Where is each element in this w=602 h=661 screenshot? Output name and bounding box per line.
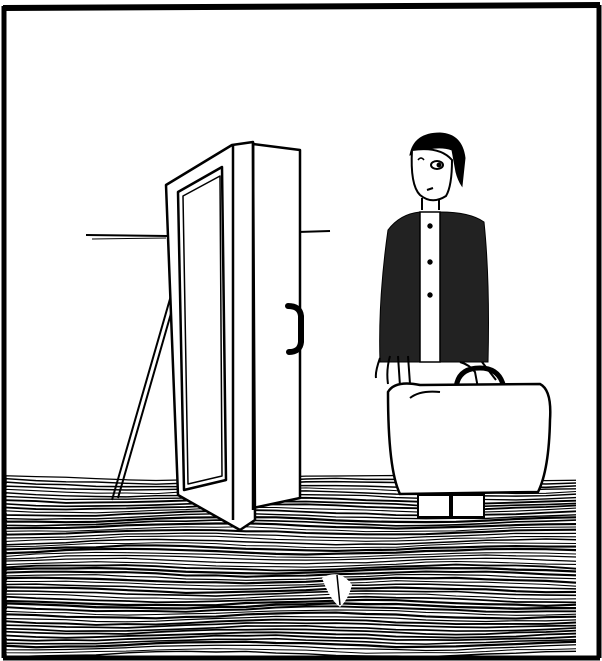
suitcase bbox=[388, 368, 550, 494]
illustration bbox=[0, 0, 602, 661]
open-door-with-frame bbox=[166, 142, 300, 530]
